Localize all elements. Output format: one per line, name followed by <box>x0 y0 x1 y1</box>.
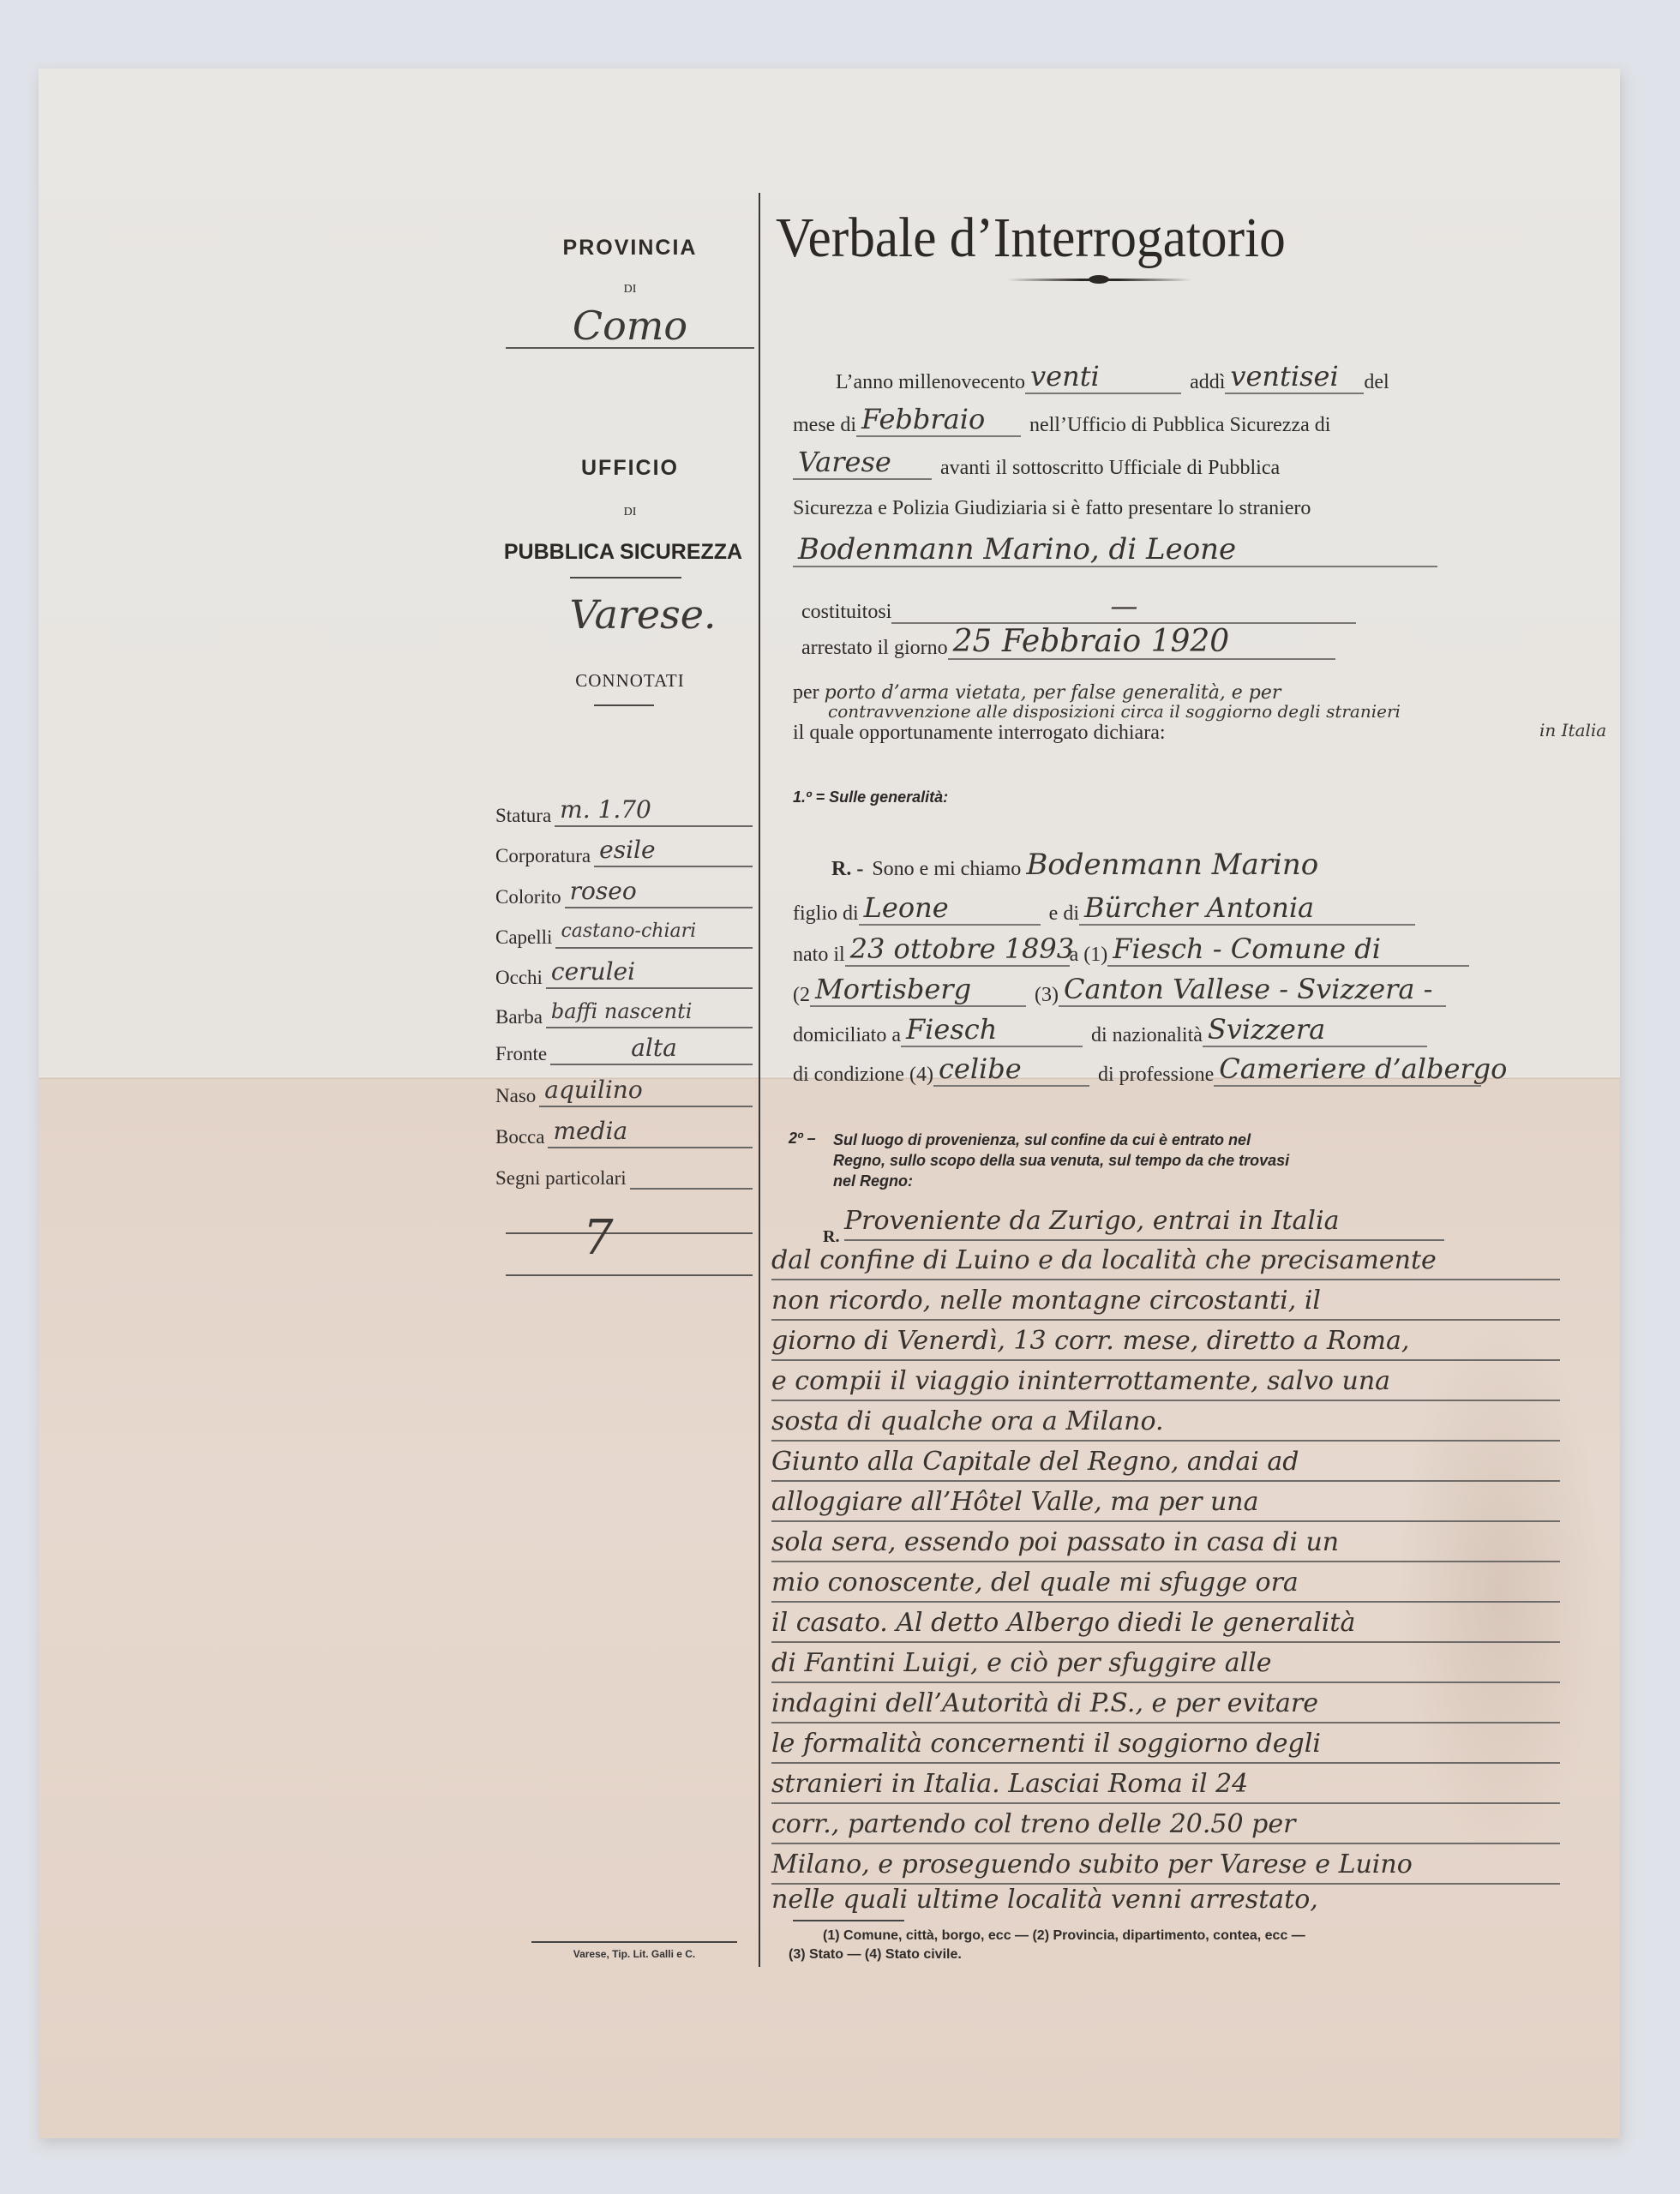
arrestato-label: arrestato il giorno <box>801 637 948 660</box>
feature-value <box>630 1157 753 1190</box>
ufficio-text: nell’Ufficio di Pubblica Sicurezza di <box>1029 414 1330 437</box>
padre-value: Leone <box>859 891 1041 926</box>
feature-value: castano-chiari <box>555 916 753 949</box>
section-number: 2º – <box>789 1130 833 1191</box>
feature-corporatura: Corporatura esile <box>495 833 753 867</box>
answer-line: stranieri in Italia. Lasciai Roma il 24 <box>771 1766 1560 1804</box>
feature-value: roseo <box>565 876 753 908</box>
per-value: contravvenzione alle disposizioni circa … <box>823 701 1406 722</box>
provincia-nascita-value: Mortisberg <box>810 973 1026 1007</box>
feature-label: Capelli <box>495 926 552 949</box>
anno-value: venti <box>1025 360 1181 394</box>
footnote-line: (3) Stato — (4) Stato civile. <box>789 1947 962 1963</box>
costituitosi-value: — <box>891 590 1356 624</box>
p3-label: (3) <box>1035 984 1059 1007</box>
section-heading-line: Regno, sullo scopo della sua venuta, sul… <box>833 1150 1289 1171</box>
section-heading: 1.º = Sulle generalità: <box>793 788 948 806</box>
footnote-line: (1) Comune, città, borgo, ecc — (2) Prov… <box>823 1928 1305 1944</box>
costituitosi-line: costituitosi — <box>801 590 1356 624</box>
section-heading-line: Sul luogo di provenienza, sul confine da… <box>833 1130 1289 1150</box>
per-line-3: in Italia <box>1534 720 1611 740</box>
feature-label: Segni particolari <box>495 1167 627 1190</box>
provincia-nascita-line: (2 Mortisberg (3) Canton Vallese - Svizz… <box>793 973 1446 1007</box>
answer-line: Proveniente da Zurigo, entrai in Italia <box>844 1203 1444 1241</box>
p2-label: (2 <box>793 984 810 1007</box>
ornament-rule <box>570 577 681 578</box>
intro-line-3: Varese avanti il sottoscritto Ufficiale … <box>793 446 1280 480</box>
stato-nascita-value: Canton Vallese - Svizzera - <box>1059 973 1446 1007</box>
r-label: R. - <box>831 858 863 881</box>
feature-label: Statura <box>495 805 551 827</box>
madre-value: Bürcher Antonia <box>1079 891 1415 926</box>
answer-line: mio conoscente, del quale mi sfugge ora <box>771 1565 1560 1603</box>
nato-value: 23 ottobre 1893 <box>845 932 1070 967</box>
answer-line: sola sera, essendo poi passato in casa d… <box>771 1525 1560 1562</box>
answer-line: le formalità concernenti il soggiorno de… <box>771 1726 1560 1764</box>
del-label: del <box>1364 371 1389 394</box>
feature-value: baffi nascenti <box>546 996 753 1028</box>
pubblica-sicurezza-label: PUBBLICA SICUREZZA <box>490 540 756 565</box>
feature-bocca: Bocca media <box>495 1114 753 1148</box>
section-2-heading: 2º – Sul luogo di provenienza, sul confi… <box>789 1130 1289 1191</box>
feature-label: Fronte <box>495 1043 547 1065</box>
nato-label: nato il <box>793 944 845 967</box>
feature-label: Colorito <box>495 886 561 908</box>
chiamo-line: R. - Sono e mi chiamo Bodenmann Marino <box>831 848 1425 881</box>
dichiara-line: il quale opportunamente interrogato dich… <box>793 722 1166 745</box>
footnote-rule <box>793 1920 904 1921</box>
condizione-line: di condizione (4) celibe di professione … <box>793 1052 1481 1087</box>
feature-barba: Barba baffi nascenti <box>495 994 753 1028</box>
anno-prefix: L’anno millenovecento <box>836 371 1025 394</box>
sicurezza-text: Sicurezza e Polizia Giudiziaria si è fat… <box>793 497 1311 520</box>
answer-line: non ricordo, nelle montagne circostanti,… <box>771 1283 1560 1321</box>
answer-line: dal confine di Luino e da località che p… <box>771 1243 1560 1280</box>
feature-label: Naso <box>495 1085 536 1107</box>
city-value: Varese <box>793 446 932 480</box>
section-1-heading: 1.º = Sulle generalità: <box>793 788 948 806</box>
domicilio-line: domiciliato a Fiesch di nazionalità Sviz… <box>793 1013 1427 1047</box>
answer-line: Giunto alla Capitale del Regno, andai ad <box>771 1444 1560 1482</box>
column-divider <box>759 193 760 1967</box>
intro-line-2: mese di Febbraio nell’Ufficio di Pubblic… <box>793 403 1330 437</box>
feature-colorito: Colorito roseo <box>495 874 753 908</box>
mese-value: Febbraio <box>856 403 1021 437</box>
nazionalita-label: di nazionalità <box>1091 1024 1203 1047</box>
chiamo-value: Bodenmann Marino <box>1021 848 1425 881</box>
figlio-label: figlio di <box>793 902 859 926</box>
signature-mark: 7 <box>583 1210 614 1266</box>
answer-line: Milano, e proseguendo subito per Varese … <box>771 1847 1560 1885</box>
condizione-label: di condizione (4) <box>793 1064 933 1087</box>
feature-value: aquilino <box>539 1075 753 1107</box>
feature-label: Occhi <box>495 967 543 989</box>
answer-line: e compii il viaggio ininterrottamente, s… <box>771 1364 1560 1401</box>
domicilio-label: domiciliato a <box>793 1024 901 1047</box>
avanti-text: avanti il sottoscritto Ufficiale di Pubb… <box>940 457 1280 480</box>
answer-line: di Fantini Luigi, e ciò per sfuggire all… <box>771 1645 1560 1683</box>
nato-line: nato il 23 ottobre 1893 a (1) Fiesch - C… <box>793 932 1469 967</box>
signature-line <box>506 1232 753 1234</box>
feature-label: Barba <box>495 1006 543 1028</box>
professione-label: di professione <box>1098 1064 1214 1087</box>
arrestato-line: arrestato il giorno 25 Febbraio 1920 <box>801 626 1335 660</box>
per-label: per <box>793 681 819 704</box>
feature-value: cerulei <box>546 956 753 989</box>
answer-line: alloggiare all’Hôtel Valle, ma per una <box>771 1484 1560 1522</box>
arrestato-value: 25 Febbraio 1920 <box>948 626 1335 660</box>
condizione-value: celibe <box>933 1052 1089 1087</box>
per-value: in Italia <box>1534 720 1611 740</box>
printer-imprint: Varese, Tip. Lit. Galli e C. <box>531 1941 737 1960</box>
professione-value: Cameriere d’albergo <box>1214 1052 1481 1087</box>
nazionalita-value: Svizzera <box>1203 1013 1427 1047</box>
feature-label: Bocca <box>495 1126 544 1148</box>
feature-value: esile <box>594 835 753 867</box>
intro-line-1: L’anno millenovecento venti addì ventise… <box>836 360 1389 394</box>
answer-line: corr., partendo col treno delle 20.50 pe… <box>771 1807 1560 1844</box>
feature-value: media <box>548 1116 753 1148</box>
answer-line: sosta di qualche ora a Milano. <box>771 1404 1560 1442</box>
e-di-label: e di <box>1049 902 1079 926</box>
feature-statura: Statura m. 1.70 <box>495 793 753 827</box>
straniero-value: Bodenmann Marino, di Leone <box>793 533 1437 567</box>
feature-capelli: Capelli castano-chiari <box>495 914 753 949</box>
domicilio-value: Fiesch <box>901 1013 1083 1047</box>
ufficio-value: Varese. <box>549 591 737 638</box>
chiamo-label: Sono e mi chiamo <box>872 858 1021 881</box>
feature-value: alta <box>550 1033 753 1065</box>
answer-line: giorno di Venerdì, 13 corr. mese, dirett… <box>771 1323 1560 1361</box>
answer-line: indagini dell’Autorità di P.S., e per ev… <box>771 1686 1560 1723</box>
costituitosi-label: costituitosi <box>801 601 891 624</box>
intro-line-5: Bodenmann Marino, di Leone <box>793 533 1437 567</box>
page-title: Verbale d’Interrogatorio <box>776 206 1286 271</box>
di-label: DI <box>514 283 746 297</box>
feature-label: Corporatura <box>495 845 591 867</box>
feature-naso: Naso aquilino <box>495 1073 753 1107</box>
section-heading-line: nel Regno: <box>833 1171 1289 1191</box>
per-line-2: contravvenzione alle disposizioni circa … <box>823 701 1406 722</box>
answer-line: il casato. Al detto Albergo diedi le gen… <box>771 1605 1560 1643</box>
addi-value: ventisei <box>1225 360 1364 394</box>
addi-label: addì <box>1190 371 1225 394</box>
title-ornament <box>1089 275 1109 284</box>
provincia-label: PROVINCIA <box>514 236 746 261</box>
ufficio-label: UFFICIO <box>514 456 746 481</box>
a1-label: a (1) <box>1070 944 1108 967</box>
intro-line-4: Sicurezza e Polizia Giudiziaria si è fat… <box>793 497 1311 520</box>
feature-segni-particolari: Segni particolari <box>495 1155 753 1190</box>
figlio-line: figlio di Leone e di Bürcher Antonia <box>793 891 1415 926</box>
ornament-rule <box>594 704 654 706</box>
dichiara-text: il quale opportunamente interrogato dich… <box>793 722 1166 745</box>
provincia-value: Como <box>506 304 754 349</box>
feature-occhi: Occhi cerulei <box>495 955 753 989</box>
connotati-label: CONNOTATI <box>514 670 746 692</box>
answer-line: nelle quali ultime località venni arrest… <box>771 1882 1560 1918</box>
signature-line <box>506 1274 753 1276</box>
luogo-nascita-value: Fiesch - Comune di <box>1107 932 1469 967</box>
mese-label: mese di <box>793 414 856 437</box>
feature-value: m. 1.70 <box>555 794 753 827</box>
di-label: DI <box>514 506 746 519</box>
feature-fronte: Fronte alta <box>495 1031 753 1065</box>
